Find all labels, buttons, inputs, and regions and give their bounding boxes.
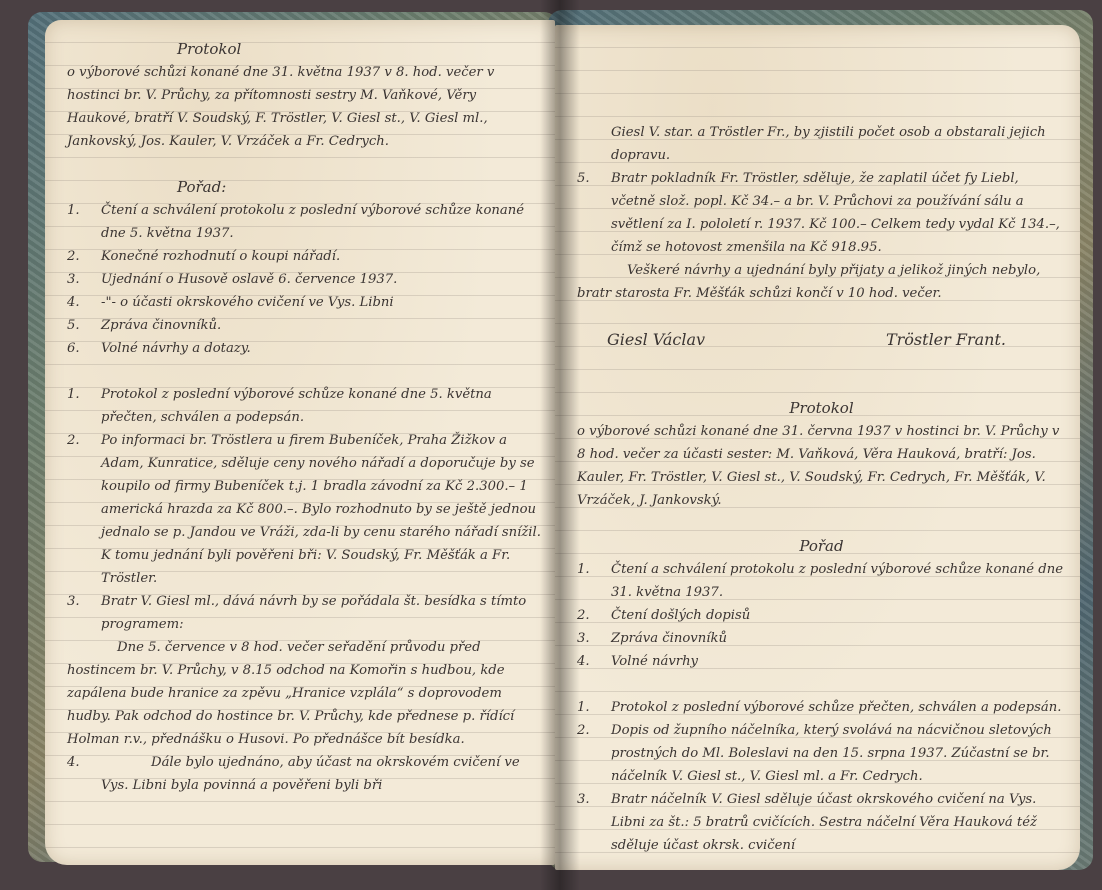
minutes-item: 1.Protokol z poslední výborové schůze př…	[577, 696, 1066, 719]
agenda-item: 2.Konečné rozhodnutí o koupi nářadí.	[67, 245, 541, 268]
agenda-title: Pořad:	[67, 176, 541, 199]
agenda-item: 2.Čtení došlých dopisů	[577, 604, 1066, 627]
agenda-item: 6.Volné návrhy a dotazy.	[67, 337, 541, 360]
agenda-item: 3.Zpráva činovníků	[577, 627, 1066, 650]
minutes-item: 4.Dále bylo ujednáno, aby účast na okrsk…	[67, 751, 541, 797]
minutes-item: 3.Bratr V. Giesl ml., dává návrh by se p…	[67, 590, 541, 636]
page-title-2: Protokol	[577, 397, 1066, 420]
agenda-list: 1.Čtení a schválení protokolu z poslední…	[67, 199, 541, 360]
minutes-item: 3.Bratr náčelník V. Giesl sděluje účast …	[577, 788, 1066, 857]
right-page: Giesl V. star. a Tröstler Fr., by zjisti…	[555, 25, 1080, 870]
minutes-list: 1.Protokol z poslední výborové schůze ko…	[67, 383, 541, 636]
continuation-text: Giesl V. star. a Tröstler Fr., by zjisti…	[577, 121, 1066, 167]
signature-treasurer: Tröstler Frant.	[886, 328, 1006, 351]
agenda-item: 1.Čtení a schválení protokolu z poslední…	[577, 558, 1066, 604]
signatures: Giesl Václav Tröstler Frant.	[577, 328, 1066, 351]
agenda-item: 3.Ujednání o Husově oslavě 6. července 1…	[67, 268, 541, 291]
left-page: Protokol o výborové schůzi konané dne 31…	[45, 20, 555, 865]
closing-paragraph: Veškeré návrhy a ujednání byly přijaty a…	[577, 259, 1066, 305]
agenda-item: 5.Zpráva činovníků.	[67, 314, 541, 337]
program-paragraph: Dne 5. července v 8 hod. večer seřadění …	[67, 636, 541, 751]
meeting-intro: o výborové schůzi konané dne 31. května …	[67, 61, 541, 153]
minutes-item: 5.Bratr pokladník Fr. Tröstler, sděluje,…	[577, 167, 1066, 259]
book-spine	[540, 0, 580, 890]
minutes-list-2: 1.Protokol z poslední výborové schůze př…	[577, 696, 1066, 857]
minutes-item: 1.Protokol z poslední výborové schůze ko…	[67, 383, 541, 429]
agenda-item: 1.Čtení a schválení protokolu z poslední…	[67, 199, 541, 245]
meeting-intro-2: o výborové schůzi konané dne 31. června …	[577, 420, 1066, 512]
agenda-title-2: Pořad	[577, 535, 1066, 558]
agenda-list-2: 1.Čtení a schválení protokolu z poslední…	[577, 558, 1066, 673]
signature-secretary: Giesl Václav	[607, 328, 705, 351]
page-title: Protokol	[67, 38, 541, 61]
agenda-item: 4.Volné návrhy	[577, 650, 1066, 673]
minutes-item: 2.Po informaci br. Tröstlera u firem Bub…	[67, 429, 541, 590]
agenda-item: 4.-"- o účasti okrskového cvičení ve Vys…	[67, 291, 541, 314]
minutes-item: 2.Dopis od župního náčelníka, který svol…	[577, 719, 1066, 788]
